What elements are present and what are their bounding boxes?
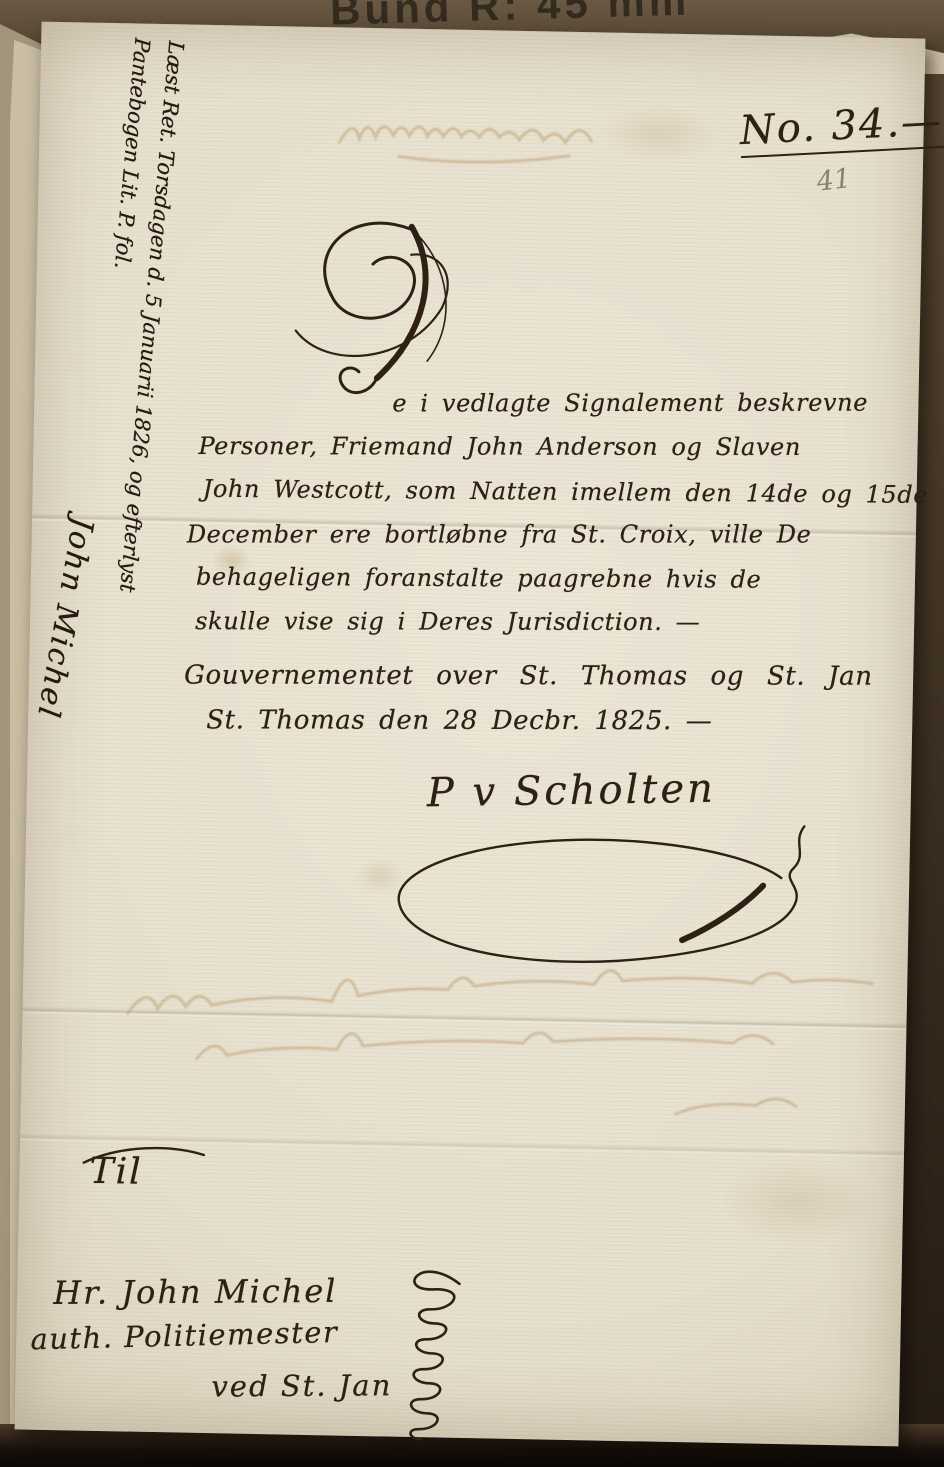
address-title: auth. Politiemester — [30, 1315, 339, 1357]
office-line: Gouvernementet over St. Thomas og St. Ja… — [184, 661, 873, 692]
letter-body-line: December ere bortløbne fra St. Croix, vi… — [187, 521, 812, 549]
letter-body-line: Personer, Friemand John Anderson og Slav… — [199, 432, 801, 461]
letter-body-line: e i vedlagte Signalement beskrevne — [392, 389, 868, 418]
letter-sheet: No. 34.— 41 Læst Ret. Torsdagen d. 5 Jan… — [15, 22, 926, 1447]
letter-body-line: John Westcott, som Natten imellem den 14… — [203, 475, 929, 509]
faded-illegible-heading — [329, 97, 660, 173]
faded-illegible-showthrough — [115, 953, 878, 1138]
dateline: St. Thomas den 28 Decbr. 1825. — — [206, 705, 712, 736]
letter-body-line: skulle vise sig i Deres Jurisdiction. — — [195, 607, 700, 636]
address-place: ved St. Jan — [211, 1368, 392, 1403]
address-recipient: Hr. John Michel — [53, 1272, 337, 1312]
letter-body-line: behageligen foranstalte paagrebne hvis d… — [196, 563, 762, 594]
pencil-folio-number: 41 — [815, 163, 853, 198]
paper-stain — [718, 1155, 880, 1248]
address-to-flourish — [80, 1141, 211, 1173]
ornamental-initial-D — [286, 208, 490, 402]
document-number: No. 34.— — [739, 98, 944, 158]
signature-text: P v Scholten — [427, 766, 717, 817]
coil-flourish — [386, 1261, 500, 1448]
photo-of-archival-letter: Bund R: 45 mm No. 34.— 41 Læst Ret. Tors… — [0, 0, 944, 1467]
